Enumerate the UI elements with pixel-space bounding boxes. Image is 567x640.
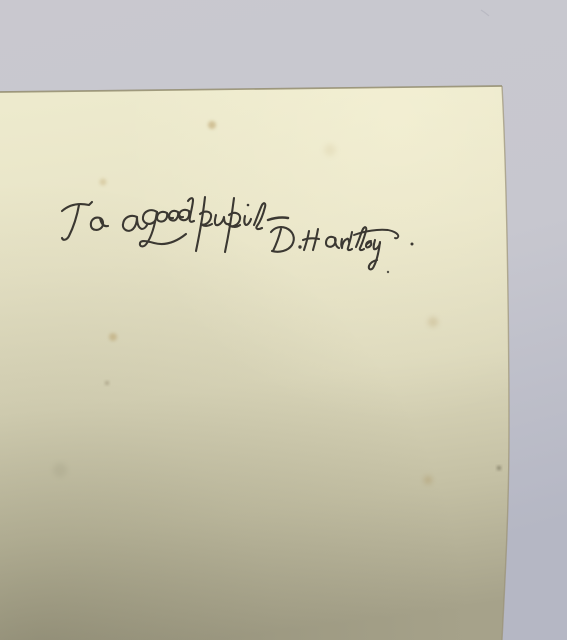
ink-speck <box>387 271 389 273</box>
page-highlight-top <box>0 86 509 640</box>
endpaper-page <box>0 86 509 640</box>
photo-canvas <box>0 0 567 640</box>
book-inscription-photo: To a good pupil — D. Hartley . <box>0 0 567 640</box>
